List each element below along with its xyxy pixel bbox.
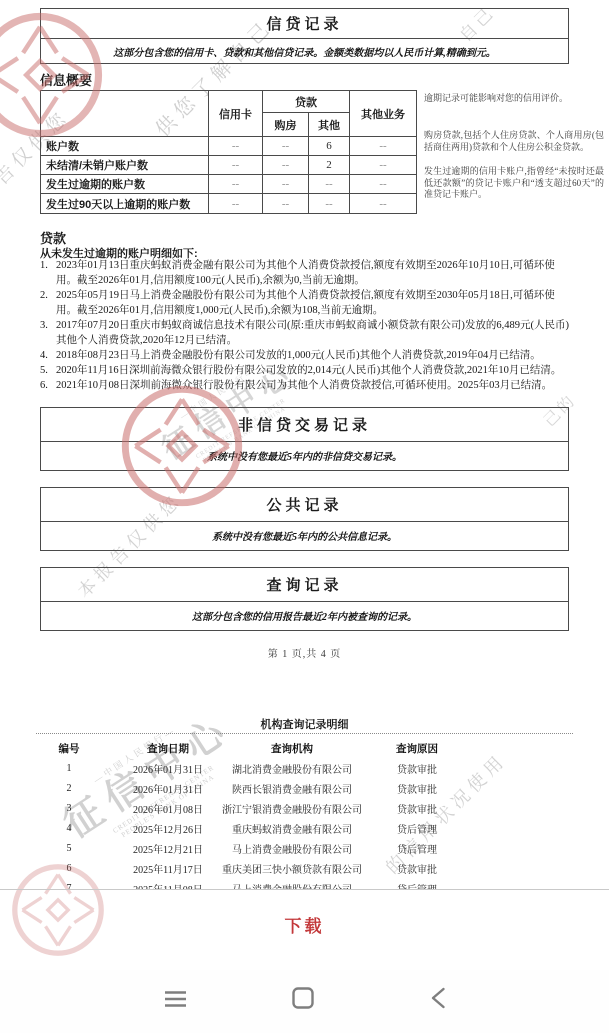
summary-cell: --	[350, 156, 416, 175]
report-page: 信贷记录 这部分包含您的信用卡、贷款和其他信贷记录。金额类数据均以人民币计算,精…	[0, 0, 609, 889]
summary-note: 购房贷款,包括个人住房贷款、个人商用房(包括商住两用)贷款和个人住房公积金贷款。	[424, 130, 604, 153]
inquiry-no: 3	[40, 803, 98, 814]
table-row: 2 2026年01月31日 陕西长银消费金融有限公司 贷款审批	[40, 778, 488, 798]
summary-row-label: 发生过90天以上逾期的账户数	[41, 194, 209, 213]
menu-icon[interactable]	[162, 989, 189, 1009]
summary-cell: --	[350, 194, 416, 213]
inquiry-no: 1	[40, 763, 98, 774]
summary-corner-cell	[41, 91, 209, 137]
inquiry-date: 2026年01月31日	[98, 761, 238, 776]
inquiry-records-section-box: 查询记录 这部分包含您的信用报告最近2年内被查询的记录。	[40, 567, 569, 631]
inquiry-institution: 陕西长银消费金融有限公司	[238, 781, 346, 796]
section-subtitle: 系统中没有您最近5年内的公共信息记录。	[41, 522, 568, 549]
section-subtitle: 这部分包含您的信用报告最近2年内被查询的记录。	[41, 602, 568, 629]
loan-item-text: 2020年11月16日深圳前海微众银行股份有限公司发放的2,014元(人民币)其…	[56, 363, 573, 378]
summary-heading: 信息概要	[40, 70, 92, 89]
inquiry-reason: 贷后管理	[346, 821, 488, 836]
page-number: 第 1 页,共 4 页	[0, 645, 609, 660]
inquiry-date: 2026年01月08日	[98, 801, 238, 816]
section-title: 查询记录	[41, 568, 568, 602]
summary-cell: --	[263, 137, 309, 156]
loan-item-text: 2025年05月19日马上消费金融股份有限公司为其他个人消费贷款授信,额度有效期…	[56, 288, 573, 318]
table-row: 5 2025年12月21日 马上消费金融股份有限公司 贷后管理	[40, 838, 488, 858]
inquiry-institution: 马上消费金融股份有限公司	[238, 841, 346, 856]
inquiry-institution: 马上消费金融股份有限公司	[238, 881, 346, 890]
inquiry-reason: 贷款审批	[346, 781, 488, 796]
home-icon[interactable]	[291, 986, 315, 1010]
summary-cell: --	[263, 175, 309, 194]
loan-item-text: 2021年10月08日深圳前海微众银行股份有限公司为其他个人消费贷款授信,可循环…	[56, 378, 573, 393]
inquiry-no: 6	[40, 863, 98, 874]
summary-row-label: 发生过逾期的账户数	[41, 175, 209, 194]
credit-records-section-box: 信贷记录 这部分包含您的信用卡、贷款和其他信贷记录。金额类数据均以人民币计算,精…	[40, 8, 569, 64]
summary-cell: --	[263, 156, 309, 175]
inquiry-no: 5	[40, 843, 98, 854]
inquiry-date: 2025年12月26日	[98, 821, 238, 836]
dotted-divider	[36, 733, 573, 734]
inquiry-col-header: 编号	[40, 741, 98, 756]
loan-item-number: 2.	[40, 288, 56, 318]
summary-cell: --	[309, 175, 350, 194]
loan-list: 1. 2023年01月13日重庆蚂蚁消费金融有限公司为其他个人消费贷款授信,额度…	[40, 258, 573, 393]
summary-row-label: 未结清/未销户账户数	[41, 156, 209, 175]
inquiry-table-header-row: 编号 查询日期 查询机构 查询原因	[40, 738, 488, 758]
section-subtitle: 系统中没有您最近5年内的非信贷交易记录。	[41, 442, 568, 469]
inquiry-reason: 贷款审批	[346, 861, 488, 876]
noncredit-records-section-box: 非信贷交易记录 系统中没有您最近5年内的非信贷交易记录。	[40, 407, 569, 471]
loan-item: 4. 2018年08月23日马上消费金融股份有限公司发放的1,000元(人民币)…	[40, 348, 573, 363]
loan-item-number: 5.	[40, 363, 56, 378]
inquiry-reason: 贷后管理	[346, 881, 488, 890]
page-boundary-divider	[0, 889, 609, 890]
android-nav-bar	[0, 970, 609, 1033]
summary-table: 信用卡 贷款 购房 其他 其他业务 账户数 -- -- 6 -- 未结清/未销户…	[40, 90, 417, 214]
inquiry-no: 2	[40, 783, 98, 794]
loan-item: 2. 2025年05月19日马上消费金融股份有限公司为其他个人消费贷款授信,额度…	[40, 288, 573, 318]
table-row: 4 2025年12月26日 重庆蚂蚁消费金融有限公司 贷后管理	[40, 818, 488, 838]
summary-cell: --	[209, 156, 263, 175]
inquiry-reason: 贷后管理	[346, 841, 488, 856]
table-row: 7 2025年11月08日 马上消费金融股份有限公司 贷后管理	[40, 878, 488, 889]
summary-cell: --	[263, 194, 309, 213]
loan-item: 5. 2020年11月16日深圳前海微众银行股份有限公司发放的2,014元(人民…	[40, 363, 573, 378]
section-title: 信贷记录	[41, 9, 568, 39]
inquiry-col-header: 查询机构	[238, 741, 346, 756]
inquiry-institution: 湖北消费金融股份有限公司	[238, 761, 346, 776]
summary-cell: 6	[309, 137, 350, 156]
summary-header-other-business: 其他业务	[350, 91, 416, 137]
summary-header-loan-house: 购房	[263, 113, 309, 137]
download-button[interactable]: 下载	[0, 905, 609, 943]
loan-item-number: 4.	[40, 348, 56, 363]
summary-cell: 2	[309, 156, 350, 175]
loan-item-text: 2018年08月23日马上消费金融股份有限公司发放的1,000元(人民币)其他个…	[56, 348, 573, 363]
inquiry-no: 4	[40, 823, 98, 834]
loan-item: 1. 2023年01月13日重庆蚂蚁消费金融有限公司为其他个人消费贷款授信,额度…	[40, 258, 573, 288]
loan-item-number: 3.	[40, 318, 56, 348]
inquiry-col-header: 查询原因	[346, 741, 488, 756]
inquiry-reason: 贷款审批	[346, 761, 488, 776]
inquiry-date: 2025年12月21日	[98, 841, 238, 856]
section-title: 公共记录	[41, 488, 568, 522]
inquiry-date: 2026年01月31日	[98, 781, 238, 796]
summary-cell: --	[209, 137, 263, 156]
loan-item-number: 1.	[40, 258, 56, 288]
public-records-section-box: 公共记录 系统中没有您最近5年内的公共信息记录。	[40, 487, 569, 551]
summary-cell: --	[350, 137, 416, 156]
inquiry-institution: 浙江宁银消费金融股份有限公司	[238, 801, 346, 816]
loan-item-text: 2017年07月20日重庆市蚂蚁商诚信息技术有限公司(原:重庆市蚂蚁商诚小额贷款…	[56, 318, 573, 348]
summary-row-label: 账户数	[41, 137, 209, 156]
loan-item: 6. 2021年10月08日深圳前海微众银行股份有限公司为其他个人消费贷款授信,…	[40, 378, 573, 393]
summary-note: 逾期记录可能影响对您的信用评价。	[424, 93, 604, 105]
inquiry-reason: 贷款审批	[346, 801, 488, 816]
inquiry-date: 2025年11月08日	[98, 881, 238, 890]
summary-cell: --	[309, 194, 350, 213]
table-row: 6 2025年11月17日 重庆美团三快小额贷款有限公司 贷款审批	[40, 858, 488, 878]
summary-header-credit-card: 信用卡	[209, 91, 263, 137]
table-row: 1 2026年01月31日 湖北消费金融股份有限公司 贷款审批	[40, 758, 488, 778]
loan-item-text: 2023年01月13日重庆蚂蚁消费金融有限公司为其他个人消费贷款授信,额度有效期…	[56, 258, 573, 288]
summary-cell: --	[209, 175, 263, 194]
inquiry-col-header: 查询日期	[98, 741, 238, 756]
summary-header-loan: 贷款	[263, 91, 350, 113]
summary-header-loan-other: 其他	[309, 113, 350, 137]
inquiry-institution: 重庆蚂蚁消费金融有限公司	[238, 821, 346, 836]
summary-cell: --	[350, 175, 416, 194]
loan-item: 3. 2017年07月20日重庆市蚂蚁商诚信息技术有限公司(原:重庆市蚂蚁商诚小…	[40, 318, 573, 348]
loan-item-number: 6.	[40, 378, 56, 393]
inquiry-table-title: 机构查询记录明细	[0, 716, 609, 732]
table-row: 3 2026年01月08日 浙江宁银消费金融股份有限公司 贷款审批	[40, 798, 488, 818]
inquiry-date: 2025年11月17日	[98, 861, 238, 876]
summary-cell: --	[209, 194, 263, 213]
credit-report-screen: { "report": { "box_credit": { "title": "…	[0, 0, 609, 1033]
inquiry-institution: 重庆美团三快小额贷款有限公司	[238, 861, 346, 876]
back-icon[interactable]	[429, 986, 447, 1010]
section-subtitle: 这部分包含您的信用卡、贷款和其他信贷记录。金额类数据均以人民币计算,精确到元。	[41, 39, 568, 63]
summary-note: 发生过逾期的信用卡账户,指曾经“未按时还最低还款额”的贷记卡账户和“透支超过60…	[424, 166, 604, 201]
section-title: 非信贷交易记录	[41, 408, 568, 442]
